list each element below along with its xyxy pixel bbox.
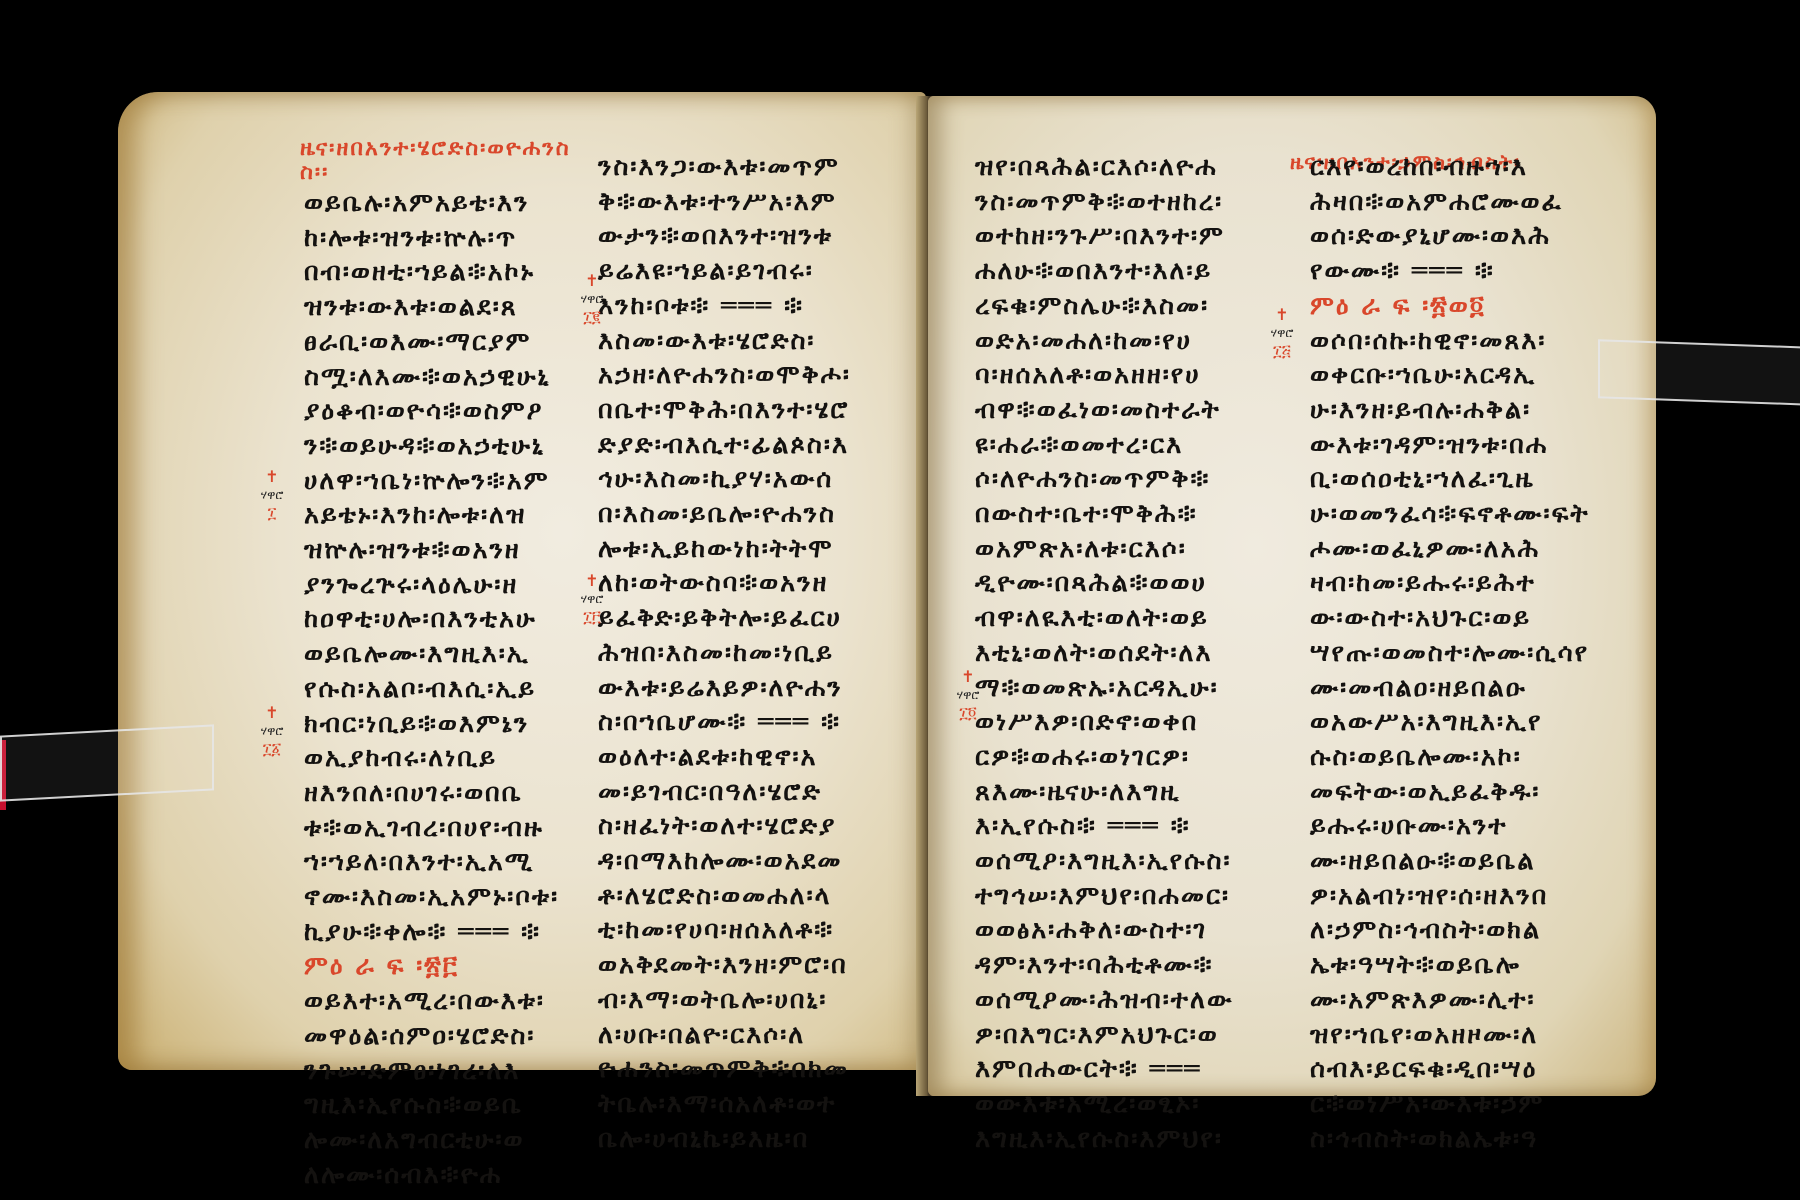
right-page-clip	[1598, 339, 1800, 405]
text-line: ስ፡ኅብስት፡ወክልኤቱ፡ዓ	[1310, 1122, 1590, 1157]
text-line: በብ፡ወዘቲ፡ኀይል፨አኮኑ	[304, 255, 559, 290]
text-line: ዝንቱ፡ውእቱ፡ወልደ፡ጸ	[304, 290, 559, 325]
marginal-section-marker: ✝ ሃዋሮ ፲፩	[252, 704, 292, 758]
text-line: ሀለዋ፡ኀቤነ፡ኵሎን፨አም	[304, 464, 559, 499]
text-line: ዮሐንስ፡መጥምቅ፨በክመ	[598, 1052, 851, 1087]
text-line: ሎሙ፡ለአግብርቲሁ፡ወ	[304, 1123, 559, 1158]
text-line: ንስ፡እንጋ፡ውእቱ፡መጥም	[598, 150, 851, 185]
text-line: ማ፨ወመጽኡ፡አርዳኢሁ፡	[975, 671, 1233, 706]
marginal-section-marker: ✝ ሃዋሮ ፲፪	[572, 272, 612, 326]
text-line: እንከ፡ቦቱ፨ ═══ ፨	[598, 289, 851, 324]
text-line: ኖሙ፡እስመ፡ኢአምኑ፡ቦቱ፡	[304, 880, 559, 915]
text-line: እምበሐውርት፨ ═══	[975, 1052, 1233, 1087]
text-line: ንስ፡መጥምቅ፨ወተዘከረ፡	[975, 185, 1233, 220]
text-line: ዝየ፡በጻሕል፡ርእሶ፡ለዮሐ	[975, 150, 1233, 185]
text-line: ሕዝበ፡እስመ፡ከመ፡ነቢይ	[598, 636, 851, 671]
text-line: ወዕለተ፡ልደቱ፡ከዊኖ፡አ	[598, 740, 851, 775]
text-line: እስመ፡ውእቱ፡ሄሮድስ፡	[598, 324, 851, 359]
marginal-section-marker: ✝ ሃዋሮ ፲	[252, 468, 292, 522]
text-line: ወሰ፡ድውያኒሆሙ፡ወእሕ	[1310, 219, 1590, 254]
text-line: ፀራቢ፡ወእሙ፡ማርያም	[304, 325, 559, 360]
text-line: እቲኒ፡ወለት፡ወሰደት፡ለእ	[975, 636, 1233, 671]
text-line: ረፍቁ፡ምስሌሁ፨እስመ፡	[975, 289, 1233, 324]
text-line: ክብር፡ነቢይ፨ወእምኔን	[304, 707, 559, 742]
text-line: ለ፡ሀቡ፡በልዮ፡ርእሶ፡ለ	[598, 1018, 851, 1053]
text-line: ሶ፡ለዮሐንስ፡መጥምቅ፨	[975, 462, 1233, 497]
text-line: በቤተ፡ሞቅሕ፡በእንተ፡ሄሮ	[598, 393, 851, 428]
text-line: ወአምጽአ፡ለቱ፡ርእሶ፡	[975, 532, 1233, 567]
text-line: በ፡እስመ፡ይቤሎ፡ዮሐንስ	[598, 497, 851, 532]
text-line: ወይቤሉ፡አምአይቴ፡እን	[304, 186, 559, 221]
text-line: ንጉሠ፡ድምፀ፡ነገረ፡ለእ	[304, 1054, 559, 1089]
text-line: ብ፡እማ፡ወትቤሎ፡ሀበኒ፡	[598, 983, 851, 1018]
text-line: ያንጐረጕሩ፡ላዕሌሁ፡ዘ	[304, 568, 559, 603]
text-line: መፍትው፡ወኢይፈቅዱ፡	[1310, 775, 1590, 810]
text-line: ወሰሚዖ፡እግዚእ፡ኢየሱስ፡	[975, 844, 1233, 879]
text-line: አኃዘ፡ለዮሐንስ፡ወሞቅሖ፡	[598, 358, 851, 393]
text-line: ዛብ፡ከመ፡ይሑሩ፡ይሕተ	[1310, 566, 1590, 601]
right-page-column-2: ርእየ፡ወረከበ፡ብዙኀ፡እ ሕዛበ፨ወአምሐሮሙወፈ ወሰ፡ድውያኒሆሙ፡ወእ…	[1310, 150, 1590, 1156]
text-line: ዳ፡በማእከሎሙ፡ወአደመ	[598, 844, 851, 879]
text-line: ዝኵሉ፡ዝንቱ፨ወአንዘ	[304, 533, 559, 568]
text-line: ከዐዋቲ፡ሀሎ፡በእንቲአሁ	[304, 602, 559, 637]
text-line: መ፡ይገብር፡በዓለ፡ሄሮድ	[598, 775, 851, 810]
text-line: ሰብእ፡ይርፍቁ፡ዲበ፡ሣዕ	[1310, 1052, 1590, 1087]
text-line: ለከ፡ወትውስባ፨ወአንዘ	[598, 566, 851, 601]
text-line: ግዚእ፡ኢየሱስ፨ወይቤ	[304, 1088, 559, 1123]
text-line: ኀ፡ኀይለ፡በእንተ፡ኢአሚ	[304, 845, 559, 880]
text-line: አይቴኑ፡እንከ፡ሎቱ፡ለዝ	[304, 498, 559, 533]
marginal-section-marker: ✝ ሃዋሮ ፲፬	[948, 668, 988, 722]
text-line: ሕዛበ፨ወአምሐሮሙወፈ	[1310, 185, 1590, 220]
text-line: መዋዕል፡ሰምዐ፡ሄሮድስ፡	[304, 1019, 559, 1054]
text-line: ውእቱ፡ገዳም፡ዝንቱ፡በሐ	[1310, 428, 1590, 463]
text-line: ወሰሚዖሙ፡ሕዝብ፡ተለው	[975, 983, 1233, 1018]
left-page-heading: ዜና፡ዘበአንተ፡ሄሮድስ፡ወዮሐንስ	[300, 136, 571, 161]
text-line: ኤቱ፡ዓሣት፨ወይቤሎ	[1310, 948, 1590, 983]
text-line: ርእየ፡ወረከበ፡ብዙኀ፡እ	[1310, 150, 1590, 185]
text-line: ሎቱ፡ኢይከውነከ፡ትትሞ	[598, 532, 851, 567]
text-line: ን፨ወይሁዳ፨ወአኃቲሁኒ	[304, 429, 559, 464]
text-line: ድያድ፡ብእሲተ፡ፊልጶስ፡እ	[598, 428, 851, 463]
text-line: እግዚእ፡ኢየሱስ፡እምህየ፡	[975, 1122, 1233, 1157]
text-line: ብዋ፡ለዪእቲ፡ወለት፡ወይ	[975, 601, 1233, 636]
text-line: ብዋ፨ወፈነወ፡መስተራት	[975, 393, 1233, 428]
text-line: ርዎ፨ወሐሩ፡ወነገርዎ፡	[975, 740, 1233, 775]
text-line: ውእቱ፡ይሬእይዎ፡ለዮሐን	[598, 671, 851, 706]
text-line: ር፨ወነሥአ፡ውእቱ፡ኃም	[1310, 1087, 1590, 1122]
text-line: ሖሙ፡ወፈኒዎሙ፡ለአሕ	[1310, 532, 1590, 567]
text-line: ቤሎ፡ሀብኒኬ፡ይእዜ፡በ	[598, 1122, 851, 1157]
text-line: ወቀርቡ፡ኀቤሁ፡አርዳኢ	[1310, 358, 1590, 393]
text-line: ይሑሩ፡ሀቡሙ፡አንተ	[1310, 809, 1590, 844]
text-line: ቢ፡ወሰዐቲኒ፡ኀለፈ፡ጊዜ	[1310, 462, 1590, 497]
text-line: ኅሁ፡እስመ፡ኪያሃ፡አውሰ	[598, 462, 851, 497]
text-line: እ፡ኢየሱስ፨ ═══ ፨	[975, 809, 1233, 844]
text-line: ቅ፨ውእቱ፡ተንሥአ፡እም	[598, 185, 851, 220]
text-line: ውታን፨ወበእንተ፡ዝንቱ	[598, 219, 851, 254]
text-line: ወድአ፡መሐለ፡ከመ፡የሀ	[975, 324, 1233, 359]
text-line: ስሟ፡ለእሙ፨ወአኃዊሁኒ	[304, 360, 559, 395]
cross-icon: ✝	[572, 272, 612, 290]
text-line: ዎ፡አልብነ፡ዝየ፡ሰ፡ዘእንበ	[1310, 879, 1590, 914]
text-line: ሙ፡አምጽእዎሙ፡ሊተ፡	[1310, 983, 1590, 1018]
text-line: ሙ፡ዘይበልዑ፨ወይቤል	[1310, 844, 1590, 879]
text-line: ወይእተ፡አሚረ፡በውእቱ፡	[304, 984, 559, 1019]
text-line: ያዕቆብ፡ወዮሳ፨ወስምዖ	[304, 394, 559, 429]
text-line: ይሬእዩ፡ኀይል፡ይገብሩ፡	[598, 254, 851, 289]
text-line: ወተከዘ፡ንጉሥ፡በእንተ፡ም	[975, 219, 1233, 254]
text-line: በውስተ፡ቤተ፡ሞቅሕ፨	[975, 497, 1233, 532]
text-line: ከ፡ሎቱ፡ዝንቱ፡ኵሉ፡ጥ	[304, 221, 559, 256]
text-line: ሐለሁ፨ወበእንተ፡እለ፡ይ	[975, 254, 1233, 289]
left-page-column-2: ንስ፡እንጋ፡ውእቱ፡መጥም ቅ፨ውእቱ፡ተንሥአ፡እም ውታን፨ወበእንተ፡ዝ…	[598, 150, 851, 1156]
marginal-section-marker: ✝ ሃዋሮ ፲፫	[572, 572, 612, 626]
text-line: ዩ፡ሐራ፨ወመተረ፡ርእ	[975, 428, 1233, 463]
text-line: ሁ፡እንዘ፡ይብሉ፡ሐቅል፡	[1310, 393, 1590, 428]
text-line: ትቤሉ፡እማ፡ሰአለቶ፡ወተ	[598, 1087, 851, 1122]
left-page-column-1: ወይቤሉ፡አምአይቴ፡እን ከ፡ሎቱ፡ዝንቱ፡ኵሉ፡ጥ በብ፡ወዘቲ፡ኀይል፨አ…	[304, 186, 559, 1192]
text-line: ዎ፡በእግር፡እምአህጉር፡ወ	[975, 1018, 1233, 1053]
text-line: ኪያሁ፨ቀሎ፨ ═══ ፨	[304, 915, 559, 950]
text-line: ቱ፨ወኢገብረ፡በሀየ፡ብዙ	[304, 811, 559, 846]
text-line: ዝየ፡ኀቤየ፡ወአዘዞሙ፡ለ	[1310, 1018, 1590, 1053]
text-line: ይፈቅድ፡ይቅትሎ፡ይፈርሀ	[598, 601, 851, 636]
text-line: ዳም፡እንተ፡ባሕቲቶሙ፨	[975, 948, 1233, 983]
text-line: ዘእንበለ፡በሀገሩ፡ወበቤ	[304, 776, 559, 811]
text-line: ለሎሙ፡ሰብእ፨ዮሐ	[304, 1158, 559, 1193]
text-line: ስ፡በኀቤሆሙ፨ ═══ ፨	[598, 705, 851, 740]
text-line: ሣየጡ፡ወመስተ፡ሎሙ፡ሲሳየ	[1310, 636, 1590, 671]
cross-icon: ✝	[1262, 306, 1302, 324]
text-line: ዲዮሙ፡በጻሕል፨ወወሀ	[975, 566, 1233, 601]
text-line: ባ፡ዘሰአለቶ፡ወአዘዘ፡የሀ	[975, 358, 1233, 393]
cross-icon: ✝	[252, 468, 292, 486]
text-line: የሱስ፡አልቦ፡ብእሲ፡ኢይ	[304, 672, 559, 707]
text-line: ሱስ፡ወይቤሎሙ፡አኮ፡	[1310, 740, 1590, 775]
rubric-line: ምዕ ራ ፍ ፡፳፫	[304, 949, 559, 984]
text-line: ወነሥእዎ፡በድኖ፡ወቀበ	[975, 705, 1233, 740]
right-page-column-1: ዝየ፡በጻሕል፡ርእሶ፡ለዮሐ ንስ፡መጥምቅ፨ወተዘከረ፡ ወተከዘ፡ንጉሥ፡…	[975, 150, 1233, 1156]
text-line: ሙ፡መብልዐ፡ዘይበልዑ	[1310, 671, 1590, 706]
cross-icon: ✝	[252, 704, 292, 722]
text-line: ወይቤሎሙ፡እግዚእ፡ኢ	[304, 637, 559, 672]
text-line: ቶ፡ለሄሮድስ፡ወመሐለ፡ላ	[598, 879, 851, 914]
text-line: የውሙ፨ ═══ ፨	[1310, 254, 1590, 289]
text-line: ወአውሥአ፡እግዚእ፡ኢየ	[1310, 705, 1590, 740]
left-page-clip	[0, 724, 214, 801]
text-line: ወሶበ፡ሰኩ፡ከዊኖ፡መጸእ፡	[1310, 324, 1590, 359]
text-line: ተግኅሠ፡እምህየ፡በሐመር፡	[975, 879, 1233, 914]
text-line: ሁ፡ወመንፈሳ፨ፍኖቶሙ፡ፍት	[1310, 497, 1590, 532]
cross-icon: ✝	[948, 668, 988, 686]
text-line: ቲ፡ከመ፡የሀባ፡ዘሰአለቶ፨	[598, 913, 851, 948]
rubric-line: ምዕ ራ ፍ ፡፳ወ፬	[1310, 289, 1590, 324]
left-page-heading-cont: ስ፡፡	[300, 160, 329, 185]
text-line: ለ፡ኃምስ፡ኅብስት፡ወክል	[1310, 913, 1590, 948]
marginal-section-marker: ✝ ሃዋሮ ፲፭	[1262, 306, 1302, 360]
text-line: ወአቅደመት፡እንዘ፡ምሮ፡በ	[598, 948, 851, 983]
text-line: ወኢያከብሩ፡ለነቢይ	[304, 741, 559, 776]
text-line: ስ፡ዘፈነት፡ወለተ፡ሄሮድያ	[598, 809, 851, 844]
text-line: ወውእቱ፡አሚረ፡ወፂኦ፡	[975, 1087, 1233, 1122]
text-line: ጸእሙ፡ዜናሁ፡ለእግዚ	[975, 775, 1233, 810]
text-line: ው፡ውስተ፡አህጉር፡ወይ	[1310, 601, 1590, 636]
text-line: ወወፅአ፡ሐቅለ፡ውስተ፡ገ	[975, 913, 1233, 948]
cross-icon: ✝	[572, 572, 612, 590]
